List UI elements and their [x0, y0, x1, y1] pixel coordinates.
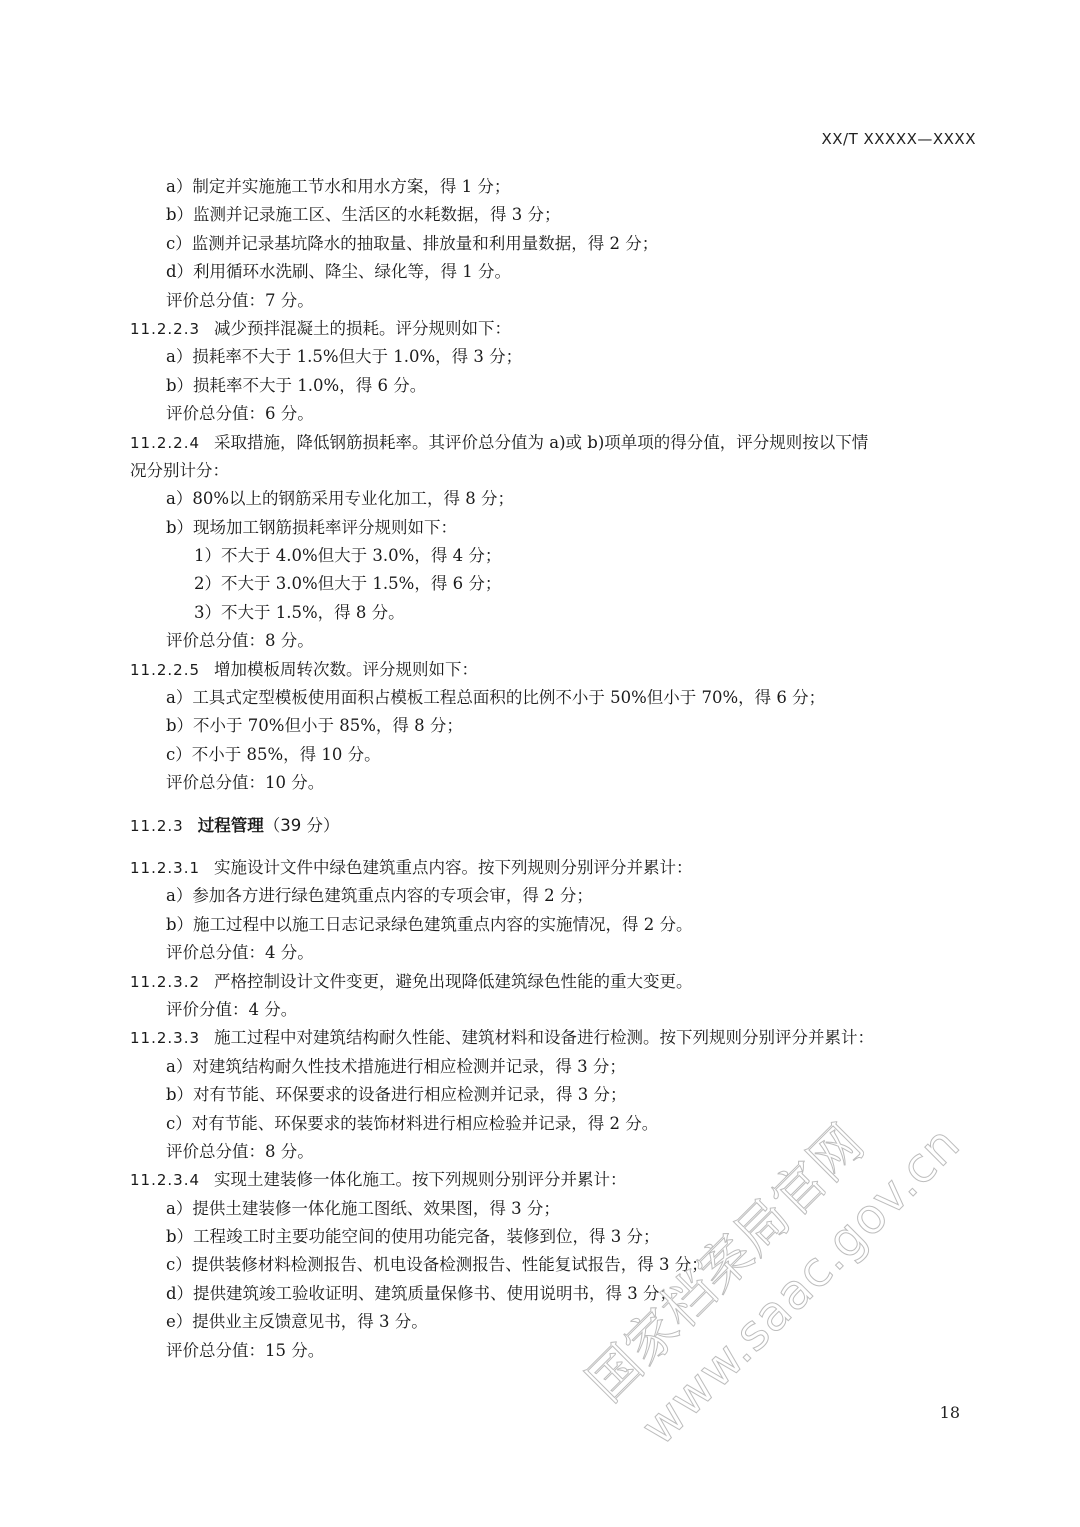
total-score: 评价总分值：15 分。 [130, 1337, 980, 1365]
list-item: b）不小于 70%但小于 85%，得 8 分； [130, 712, 980, 740]
standard-code-header: XX/T XXXXX—XXXX [821, 130, 976, 148]
list-item: a）工具式定型模板使用面积占模板工程总面积的比例不小于 50%但小于 70%，得… [130, 684, 980, 712]
total-score: 评价总分值：4 分。 [130, 939, 980, 967]
list-item: d）提供建筑竣工验收证明、建筑质量保修书、使用说明书，得 3 分； [130, 1280, 980, 1308]
clause-text: 增加模板周转次数。评分规则如下： [214, 660, 478, 679]
list-item: c）提供装修材料检测报告、机电设备检测报告、性能复试报告，得 3 分； [130, 1251, 980, 1279]
clause-text: 施工过程中对建筑结构耐久性能、建筑材料和设备进行检测。按下列规则分别评分并累计： [214, 1028, 874, 1047]
sub-list-item: 2）不大于 3.0%但大于 1.5%，得 6 分； [130, 570, 980, 598]
section-title: 过程管理 [198, 816, 264, 835]
list-item: c）不小于 85%，得 10 分。 [130, 741, 980, 769]
clause-11-2-2-4: 11.2.2.4采取措施，降低钢筋损耗率。其评价总分值为 a)或 b)项单项的得… [130, 429, 980, 457]
sub-list-item: 1）不大于 4.0%但大于 3.0%，得 4 分； [130, 542, 980, 570]
list-item: e）提供业主反馈意见书，得 3 分。 [130, 1308, 980, 1336]
list-item: b）现场加工钢筋损耗率评分规则如下： [130, 514, 980, 542]
section-score: （39 分） [264, 816, 340, 835]
clause-continuation: 况分别计分： [130, 457, 980, 485]
total-score: 评价总分值：6 分。 [130, 400, 980, 428]
clause-number: 11.2.2.5 [130, 661, 200, 679]
clause-11-2-3-2: 11.2.3.2严格控制设计文件变更，避免出现降低建筑绿色性能的重大变更。 [130, 968, 980, 996]
clause-number: 11.2.3.3 [130, 1029, 200, 1047]
total-score: 评价总分值：10 分。 [130, 769, 980, 797]
list-item: d）利用循环水洗刷、降尘、绿化等，得 1 分。 [130, 258, 980, 286]
clause-text: 严格控制设计文件变更，避免出现降低建筑绿色性能的重大变更。 [214, 972, 693, 991]
sub-list-item: 3）不大于 1.5%，得 8 分。 [130, 599, 980, 627]
page-number: 18 [940, 1403, 960, 1422]
clause-text: 减少预拌混凝土的损耗。评分规则如下： [214, 319, 511, 338]
list-item: b）损耗率不大于 1.0%，得 6 分。 [130, 372, 980, 400]
clause-11-2-3-1: 11.2.3.1实施设计文件中绿色建筑重点内容。按下列规则分别评分并累计： [130, 854, 980, 882]
clause-number: 11.2.3.4 [130, 1171, 200, 1189]
document-body: a）制定并实施施工节水和用水方案，得 1 分； b）监测并记录施工区、生活区的水… [130, 173, 980, 1365]
clause-text: 实施设计文件中绿色建筑重点内容。按下列规则分别评分并累计： [214, 858, 693, 877]
clause-text: 采取措施，降低钢筋损耗率。其评价总分值为 a)或 b)项单项的得分值，评分规则按… [214, 433, 868, 452]
list-item: c）对有节能、环保要求的装饰材料进行相应检验并记录，得 2 分。 [130, 1110, 980, 1138]
clause-number: 11.2.2.3 [130, 320, 200, 338]
total-score: 评价分值：4 分。 [130, 996, 980, 1024]
clause-text: 实现土建装修一体化施工。按下列规则分别评分并累计： [214, 1170, 627, 1189]
clause-number: 11.2.3.2 [130, 973, 200, 991]
clause-number: 11.2.2.4 [130, 434, 200, 452]
list-item: a）提供土建装修一体化施工图纸、效果图，得 3 分； [130, 1195, 980, 1223]
section-heading-11-2-3: 11.2.3过程管理（39 分） [130, 812, 980, 840]
clause-11-2-3-4: 11.2.3.4实现土建装修一体化施工。按下列规则分别评分并累计： [130, 1166, 980, 1194]
list-item: a）制定并实施施工节水和用水方案，得 1 分； [130, 173, 980, 201]
list-item: b）工程竣工时主要功能空间的使用功能完备，装修到位，得 3 分； [130, 1223, 980, 1251]
clause-11-2-2-5: 11.2.2.5增加模板周转次数。评分规则如下： [130, 656, 980, 684]
list-item: a）对建筑结构耐久性技术措施进行相应检测并记录，得 3 分； [130, 1053, 980, 1081]
list-item: a）80%以上的钢筋采用专业化加工，得 8 分； [130, 485, 980, 513]
section-number: 11.2.3 [130, 817, 184, 835]
total-score: 评价总分值：8 分。 [130, 1138, 980, 1166]
list-item: a）参加各方进行绿色建筑重点内容的专项会审，得 2 分； [130, 882, 980, 910]
document-page: XX/T XXXXX—XXXX a）制定并实施施工节水和用水方案，得 1 分； … [0, 0, 1080, 1527]
total-score: 评价总分值：8 分。 [130, 627, 980, 655]
clause-number: 11.2.3.1 [130, 859, 200, 877]
clause-11-2-3-3: 11.2.3.3施工过程中对建筑结构耐久性能、建筑材料和设备进行检测。按下列规则… [130, 1024, 980, 1052]
clause-11-2-2-3: 11.2.2.3减少预拌混凝土的损耗。评分规则如下： [130, 315, 980, 343]
total-score: 评价总分值：7 分。 [130, 287, 980, 315]
list-item: b）监测并记录施工区、生活区的水耗数据，得 3 分； [130, 201, 980, 229]
list-item: b）施工过程中以施工日志记录绿色建筑重点内容的实施情况，得 2 分。 [130, 911, 980, 939]
list-item: b）对有节能、环保要求的设备进行相应检测并记录，得 3 分； [130, 1081, 980, 1109]
list-item: c）监测并记录基坑降水的抽取量、排放量和利用量数据，得 2 分； [130, 230, 980, 258]
list-item: a）损耗率不大于 1.5%但大于 1.0%，得 3 分； [130, 343, 980, 371]
